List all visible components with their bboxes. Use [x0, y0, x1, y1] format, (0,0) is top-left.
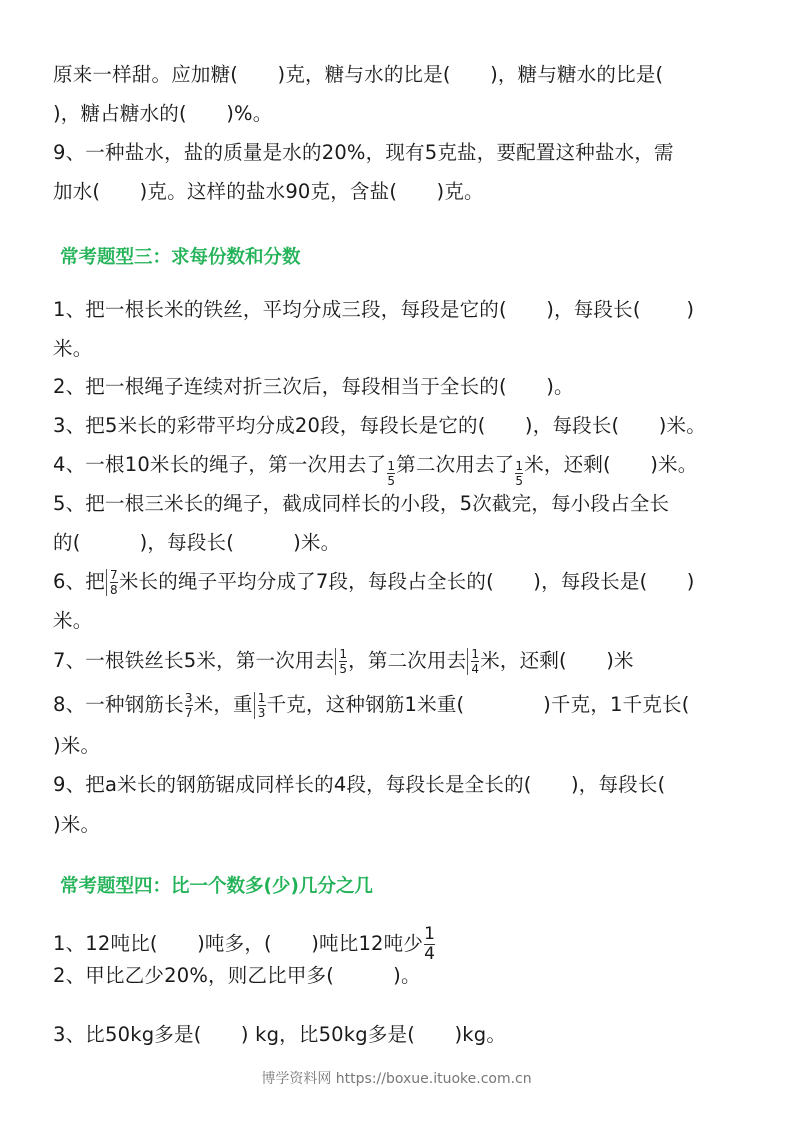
- s4-question-3: 3、比50kg多是( ) kg，比50kg多是( )kg。: [53, 1022, 745, 1048]
- fraction: 15: [335, 648, 347, 675]
- s3-question-9-line-1: 9、把a米长的钢筋锯成同样长的4段，每段长是全长的( )，每段长(: [53, 772, 745, 798]
- fraction: 37: [185, 692, 193, 719]
- fraction: 14: [467, 648, 479, 675]
- s3-question-9-line-2: )米。: [53, 812, 745, 838]
- question-9-line-2: 加水( )克。这样的盐水90克，含盐( )克。: [53, 179, 745, 205]
- question-9-line-1: 9、一种盐水，盐的质量是水的20%，现有5克盐，要配置这种盐水，需: [53, 140, 745, 166]
- fraction: 78: [106, 569, 118, 596]
- s3-question-5-line-2: 的( )，每段长( )米。: [53, 530, 745, 556]
- s3-question-2: 2、把一根绳子连续对折三次后，每段相当于全长的( )。: [53, 374, 745, 400]
- s4-question-1: 1、12吨比( )吨多，( )吨比12吨少14: [53, 926, 745, 963]
- section-3-heading: 常考题型三：求每份数和分数: [60, 245, 301, 271]
- s3-q4-part-a: 4、一根10米长的绳子，第一次用去了: [53, 453, 386, 476]
- s3-q4-part-b: 第二次用去了: [396, 453, 514, 476]
- question-8-continuation-line-1: 原来一样甜。应加糖( )克，糖与水的比是( )，糖与糖水的比是(: [53, 62, 745, 88]
- fraction: 15: [387, 460, 395, 487]
- s4-question-2: 2、甲比乙少20%，则乙比甲多( )。: [53, 963, 745, 989]
- fraction: 14: [424, 926, 435, 963]
- s3-question-4: 4、一根10米长的绳子，第一次用去了15第二次用去了15米，还剩( )米。: [53, 452, 745, 487]
- question-8-continuation-line-2: )，糖占糖水的( )%。: [53, 101, 745, 127]
- s3-question-6-line-2: 米。: [53, 608, 745, 634]
- s3-question-1-line-2: 米。: [53, 336, 745, 362]
- fraction: 15: [515, 460, 523, 487]
- s3-question-5-line-1: 5、把一根三米长的绳子，截成同样长的小段，5次截完，每小段占全长: [53, 491, 745, 517]
- section-4-heading: 常考题型四：比一个数多(少)几分之几: [60, 874, 373, 900]
- s3-question-1-line-1: 1、把一根长米的铁丝，平均分成三段，每段是它的( )，每段长( ): [53, 297, 745, 323]
- footer-watermark: 博学资料网 https://boxue.ituoke.com.cn: [0, 1068, 793, 1088]
- fraction: 13: [254, 692, 266, 719]
- s3-question-8-line-2: )米。: [53, 733, 745, 759]
- s3-q4-part-c: 米，还剩( )米。: [524, 453, 697, 476]
- s3-question-8-line-1: 8、一种钢筋长37米，重13千克，这种钢筋1米重( )千克，1千克长(: [53, 692, 745, 719]
- s3-question-6-line-1: 6、把78米长的绳子平均分成了7段，每段占全长的( )，每段长是( ): [53, 569, 745, 596]
- s3-question-7: 7、一根铁丝长5米，第一次用去15，第二次用去14米，还剩( )米: [53, 648, 745, 675]
- s3-question-3: 3、把5米长的彩带平均分成20段，每段长是它的( )，每段长( )米。: [53, 413, 745, 439]
